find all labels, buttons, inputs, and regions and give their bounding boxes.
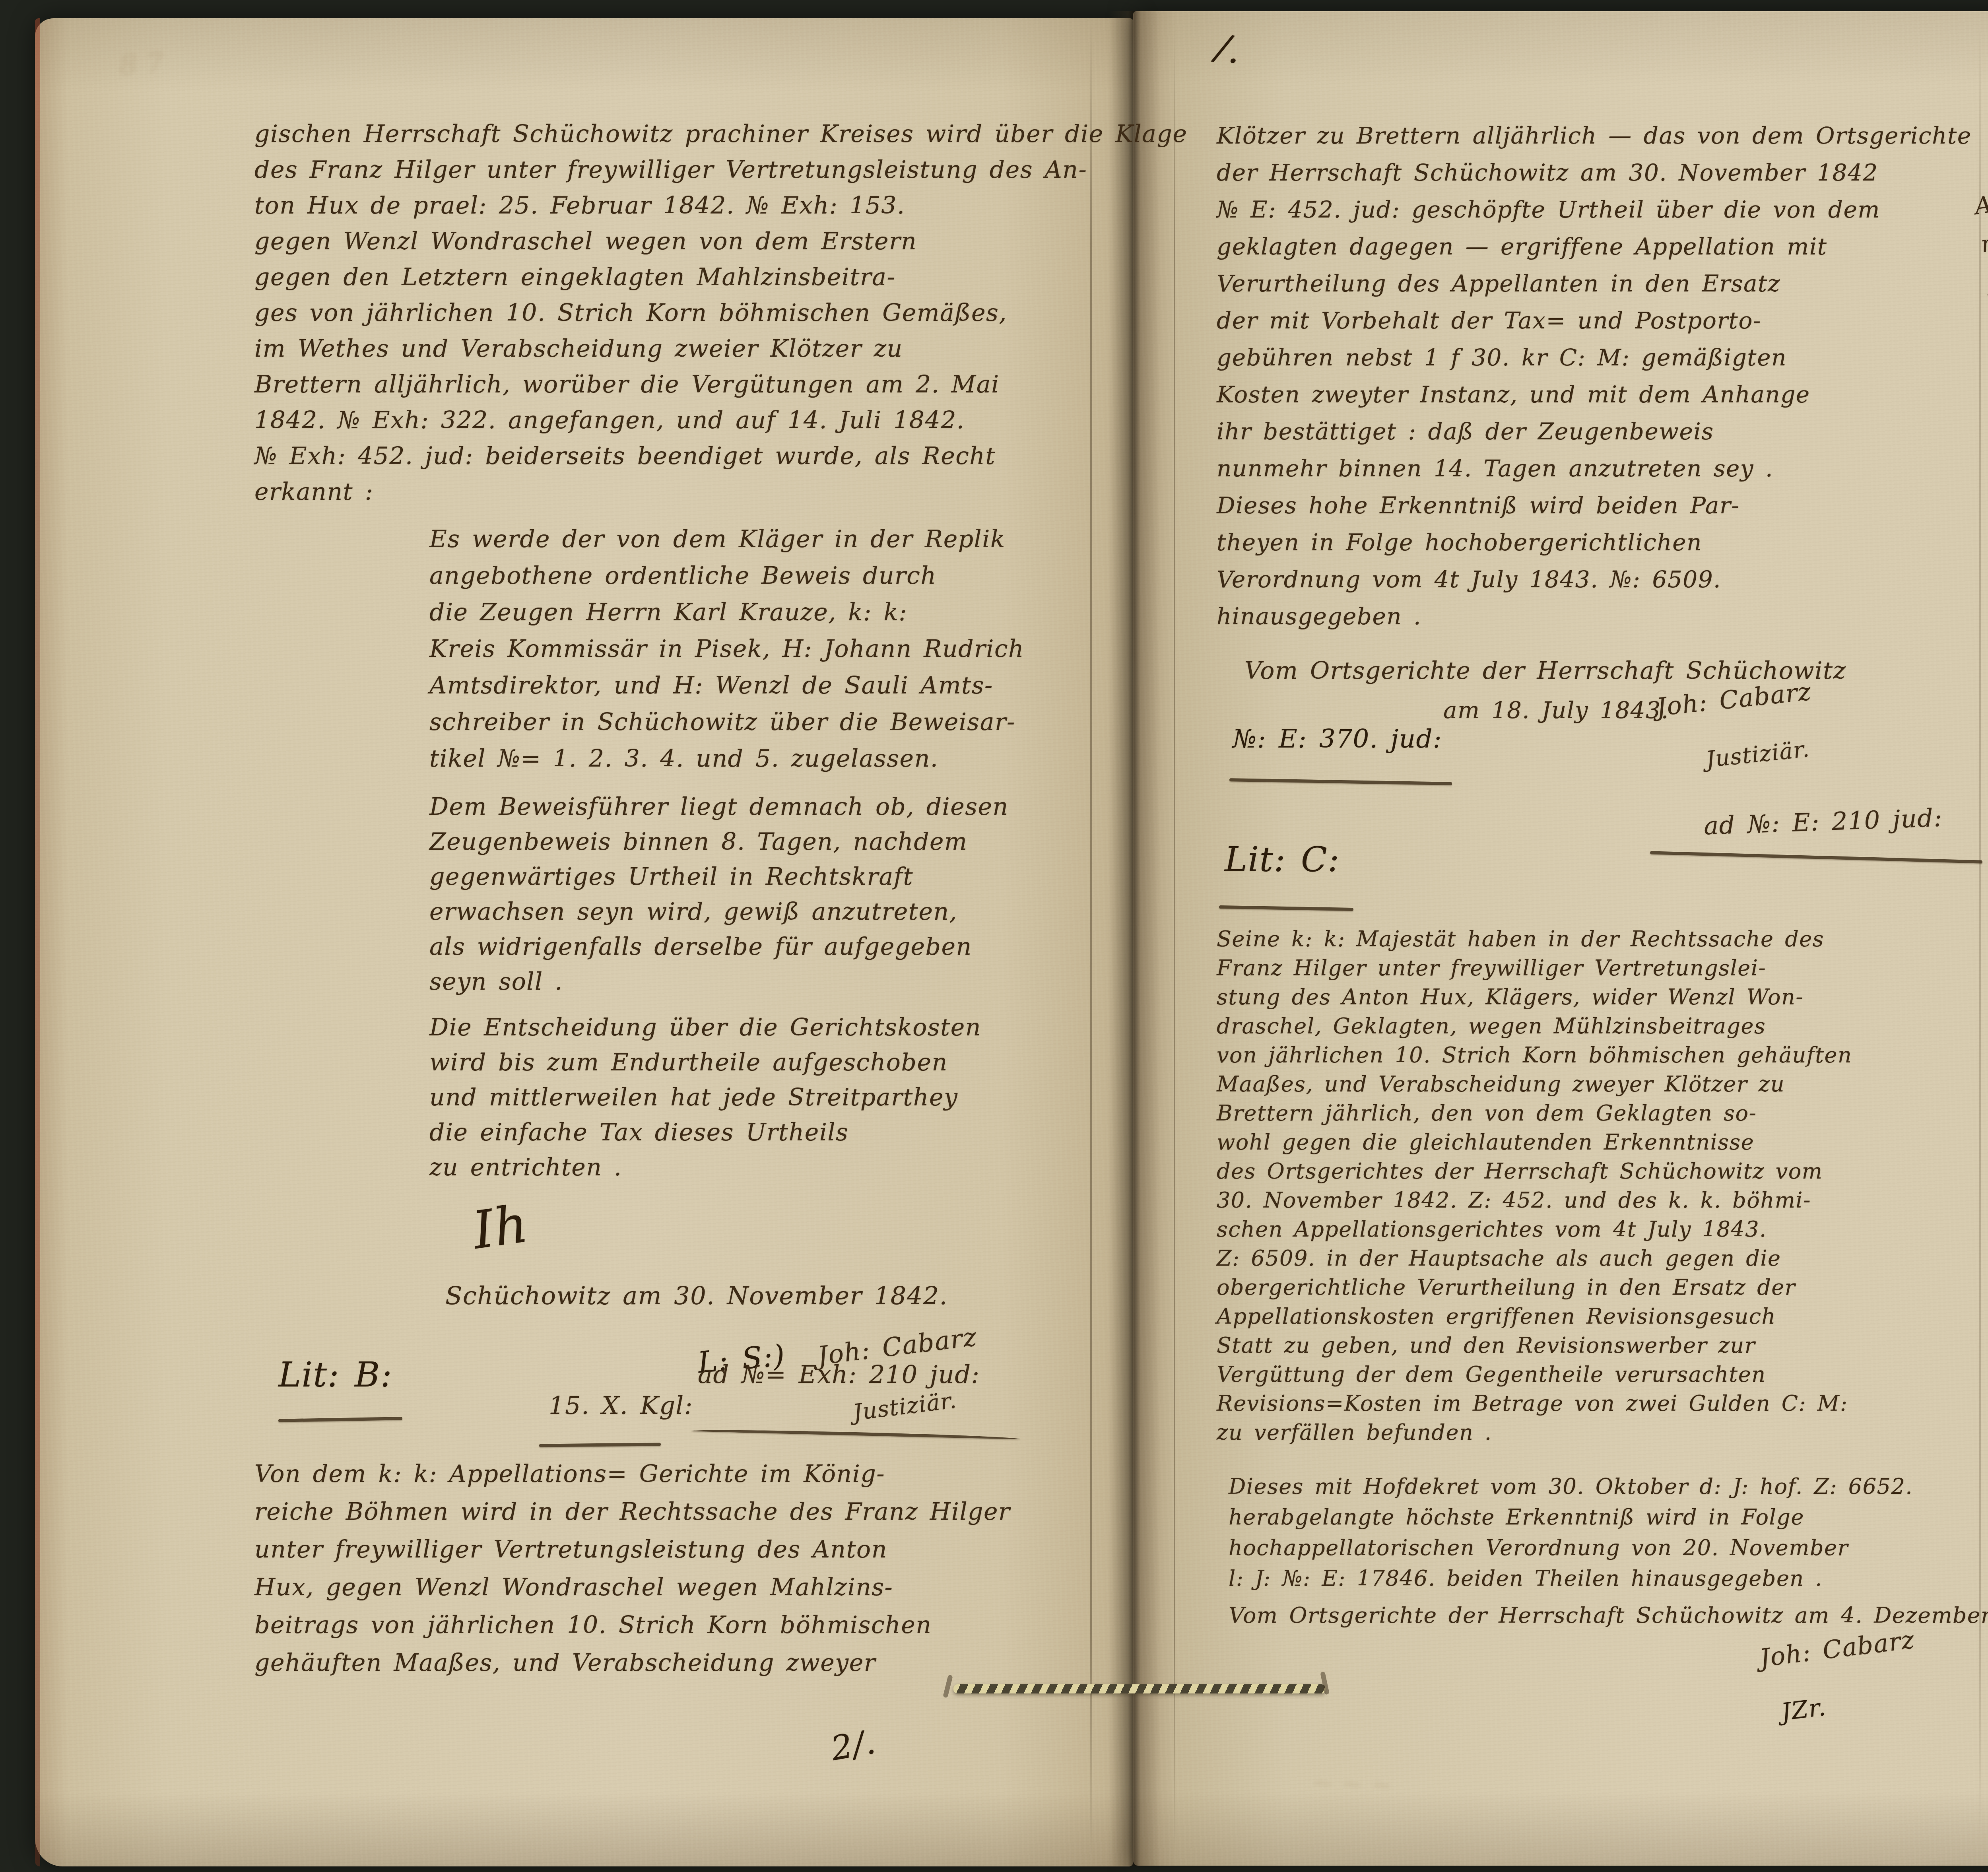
left-dateline: Schüchowitz am 30. November 1842. (445, 1281, 948, 1310)
lit-b-fee: 15. X. Kgl: (549, 1391, 693, 1420)
right-paragraph-hofdekret: Dieses mit Hofdekret vom 30. Oktober d: … (1229, 1471, 1913, 1594)
right-issue-number: №: E: 370. jud: (1233, 724, 1442, 754)
right-paragraph-appeal-confirmation: Klötzer zu Brettern alljährlich — das vo… (1217, 117, 1972, 635)
binding-thread (953, 1684, 1326, 1693)
pen-flourish: Ih (469, 1193, 532, 1261)
left-paragraph-appellate: Von dem k: k: Appellations= Gerichte im … (254, 1455, 1010, 1682)
page-end-mark: 2/. (828, 1722, 879, 1768)
bleed-through-ghost: ~ ~ ~ (1312, 1768, 1393, 1800)
lit-b-label: Lit: B: (278, 1355, 392, 1395)
right-closing-line: Vom Ortsgerichte der Herrschaft Schüchow… (1229, 1602, 1988, 1628)
right-issue-date: am 18. July 1843. (1443, 697, 1669, 724)
left-verdict-block-deadline: Dem Beweisführer liegt demnach ob, diese… (429, 789, 1009, 999)
right-issue-office: Vom Ortsgerichte der Herrschaft Schüchow… (1244, 657, 1846, 685)
left-page-red-edge (35, 18, 40, 1866)
right-paragraph-majesty-decision: Seine k: k: Majestät haben in der Rechts… (1217, 924, 1852, 1447)
manuscript-photo: 8 7 ~ ~ ~ gischen Herrschaft Schüchowitz… (0, 0, 1988, 1872)
lit-b-ref: ad №= Exh: 210 jud: (698, 1360, 980, 1389)
left-paragraph-judgment-intro: gischen Herrschaft Schüchowitz prachiner… (254, 116, 1187, 510)
bleed-through-ghost: 8 7 (118, 47, 164, 82)
lit-c-label: Lit: C: (1225, 840, 1340, 880)
left-verdict-block-evidence: Es werde der von dem Kläger in der Repli… (429, 521, 1024, 777)
right-signature-title: JZr. (1780, 1693, 1828, 1726)
left-verdict-block-costs: Die Entscheidung über die Gerichtskosten… (429, 1010, 981, 1185)
